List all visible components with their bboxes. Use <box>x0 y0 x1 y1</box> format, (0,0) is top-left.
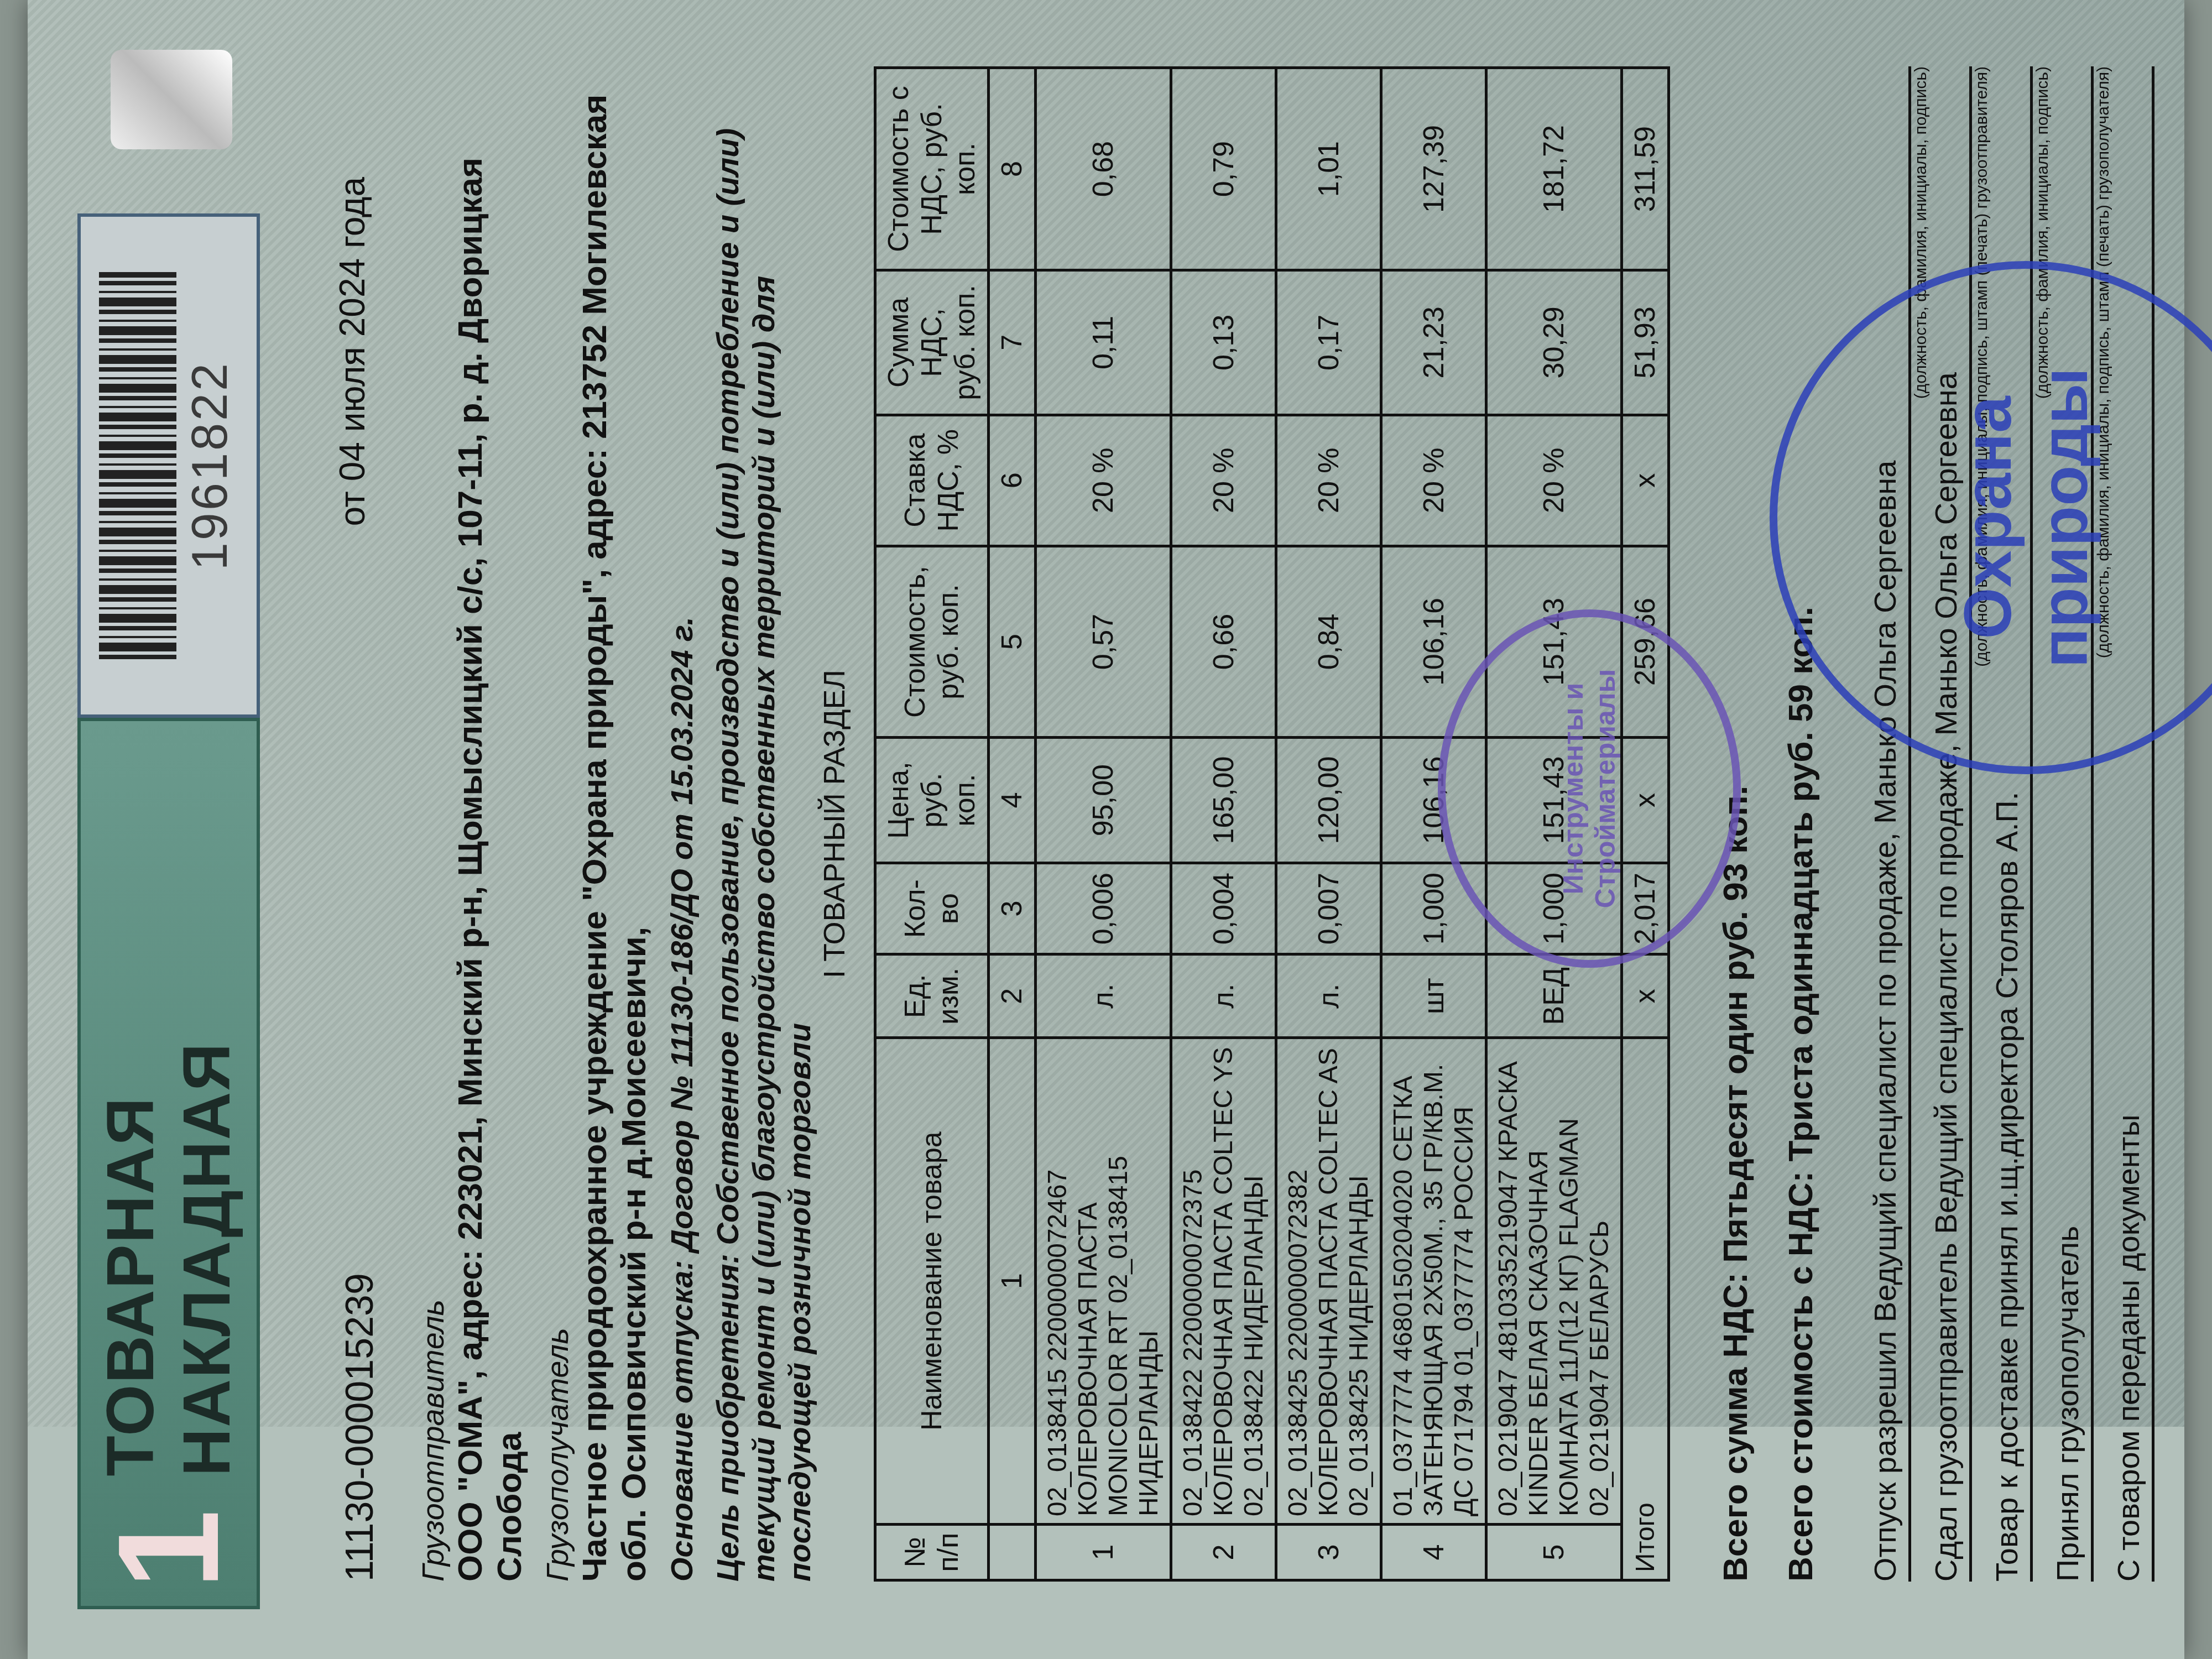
column-number: 5 <box>989 546 1036 737</box>
column-header: Кол-во <box>875 863 989 954</box>
signature-value: и.щ.директора Столяров А.П. <box>1989 792 2024 1217</box>
cell-cost: 0,57 <box>1036 546 1171 737</box>
cell-unit: л. <box>1171 954 1276 1038</box>
cell-vat: 51,93 <box>1622 270 1669 415</box>
cell-name: 01_0377774 4680150204020 СЕТКА ЗАТЕНЯЮЩА… <box>1381 1038 1486 1525</box>
shipper-value: ООО "ОМА", адрес: 223021, Минский р-н, Щ… <box>451 66 529 1582</box>
copy-number: 1 <box>86 1509 252 1589</box>
section-title: I ТОВАРНЫЙ РАЗДЕЛ <box>817 66 852 1582</box>
consignee-label: Грузополучатель <box>539 66 575 1582</box>
cell-name: 02_0138422 2200000072375 КОЛЕРОВОЧНАЯ ПА… <box>1171 1038 1276 1525</box>
column-number-row: 12345678 <box>989 68 1036 1580</box>
cell-total: 127,39 <box>1381 68 1486 270</box>
form-header: 1 ТОВАРНАЯ НАКЛАДНАЯ 1961822 <box>77 111 260 1609</box>
column-header: Сумма НДС, руб. коп. <box>875 270 989 415</box>
cell-unit: шт <box>1381 954 1486 1038</box>
cell-cost: 0,84 <box>1276 546 1381 737</box>
cell-vat: 21,23 <box>1381 270 1486 415</box>
signature-label: С товаром переданы документы <box>2111 1114 2146 1582</box>
purpose-row: Цель приобретения: Собственное пользован… <box>709 66 817 1582</box>
column-header: Стоимость, руб. коп. <box>875 546 989 737</box>
cell-qty: 0,004 <box>1171 863 1276 954</box>
cell-n: 4 <box>1381 1524 1486 1580</box>
column-number: 8 <box>989 68 1036 270</box>
column-header: № п/п <box>875 1524 989 1580</box>
shipper-label: Грузоотправитель <box>415 66 451 1582</box>
signature-label: Отпуск разрешил <box>1867 1322 1902 1582</box>
cell-vat_rate: 20 % <box>1381 415 1486 546</box>
cell-total-label: Итого <box>1622 1038 1669 1580</box>
cell-vat: 0,17 <box>1276 270 1381 415</box>
cell-vat: 30,29 <box>1486 270 1622 415</box>
cell-vat: 0,11 <box>1036 270 1171 415</box>
cell-vat_rate: х <box>1622 415 1669 546</box>
signature-label: Сдал грузоотправитель <box>1928 1234 1963 1582</box>
table-header-row: № п/пНаименование товараЕд. изм.Кол-воЦе… <box>875 68 989 1580</box>
column-header: Наименование товара <box>875 1038 989 1525</box>
column-number: 6 <box>989 415 1036 546</box>
barcode-icon <box>99 272 176 659</box>
consignee-value: Частное природоохранное учреждение "Охра… <box>575 66 654 1582</box>
basis-row: Основание отпуска: Договор № 11130-186/Д… <box>664 66 700 1582</box>
column-number: 7 <box>989 270 1036 415</box>
column-number: 4 <box>989 738 1036 863</box>
waybill-document: 1 ТОВАРНАЯ НАКЛАДНАЯ 1961822 11130-00001… <box>28 0 2184 1659</box>
column-number: 3 <box>989 863 1036 954</box>
secondary-stamp: Инструменты и Стройматериалы <box>1438 609 1741 968</box>
cell-vat_rate: 20 % <box>1486 415 1622 546</box>
column-number: 2 <box>989 954 1036 1038</box>
table-row: 102_0138415 2200000072467 КОЛЕРОВОЧНАЯ П… <box>1036 68 1171 1580</box>
column-number: 1 <box>989 1038 1036 1525</box>
cell-vat_rate: 20 % <box>1036 415 1171 546</box>
cell-total: 311,59 <box>1622 68 1669 270</box>
cell-cost: 0,66 <box>1171 546 1276 737</box>
column-header: Стоимость с НДС, руб. коп. <box>875 68 989 270</box>
cell-name: 02_0138425 2200000072382 КОЛЕРОВОЧНАЯ ПА… <box>1276 1038 1381 1525</box>
column-header: Ед. изм. <box>875 954 989 1038</box>
table-row: 202_0138422 2200000072375 КОЛЕРОВОЧНАЯ П… <box>1171 68 1276 1580</box>
cell-n: 1 <box>1036 1524 1171 1580</box>
cell-vat_rate: 20 % <box>1171 415 1276 546</box>
cell-total: 0,79 <box>1171 68 1276 270</box>
cell-name: 02_0219047 4810335219047 КРАСКА KINDER Б… <box>1486 1038 1622 1525</box>
cell-price: 165,00 <box>1171 738 1276 863</box>
purpose-label: Цель приобретения: <box>710 1254 745 1582</box>
cell-total: 0,68 <box>1036 68 1171 270</box>
cell-total: 181,72 <box>1486 68 1622 270</box>
cell-unit: х <box>1622 954 1669 1038</box>
cell-total: 1,01 <box>1276 68 1381 270</box>
cell-vat_rate: 20 % <box>1276 415 1381 546</box>
cell-n: 3 <box>1276 1524 1381 1580</box>
document-date: от 04 июля 2024 года <box>332 177 373 526</box>
table-row: 302_0138425 2200000072382 КОЛЕРОВОЧНАЯ П… <box>1276 68 1381 1580</box>
basis-value: Договор № 11130-186/ДО от 15.03.2024 г. <box>664 617 699 1251</box>
cell-n: 2 <box>1171 1524 1276 1580</box>
column-header: Цена, руб. коп. <box>875 738 989 863</box>
column-header: Ставка НДС, % <box>875 415 989 546</box>
cell-price: 95,00 <box>1036 738 1171 863</box>
cell-vat: 0,13 <box>1171 270 1276 415</box>
basis-label: Основание отпуска: <box>664 1260 699 1582</box>
cell-unit: л. <box>1036 954 1171 1038</box>
cell-qty: 0,006 <box>1036 863 1171 954</box>
barcode-box: 1961822 <box>77 213 260 718</box>
cell-qty: 0,007 <box>1276 863 1381 954</box>
cell-n: 5 <box>1486 1524 1622 1580</box>
signature-label: Товар к доставке принял <box>1989 1217 2024 1582</box>
barcode-number: 1961822 <box>182 361 239 570</box>
total-with-vat: Всего стоимость с НДС: Триста одиннадцат… <box>1768 66 1834 1582</box>
cell-unit: л. <box>1276 954 1381 1038</box>
title-box: 1 ТОВАРНАЯ НАКЛАДНАЯ <box>77 718 260 1609</box>
cell-name: 02_0138415 2200000072467 КОЛЕРОВОЧНАЯ ПА… <box>1036 1038 1171 1525</box>
document-title: ТОВАРНАЯ НАКЛАДНАЯ <box>92 721 245 1476</box>
signature-label: Принял грузополучатель <box>2050 1226 2085 1582</box>
column-number <box>989 1524 1036 1580</box>
cell-price: 120,00 <box>1276 738 1381 863</box>
hologram-icon <box>111 50 232 149</box>
